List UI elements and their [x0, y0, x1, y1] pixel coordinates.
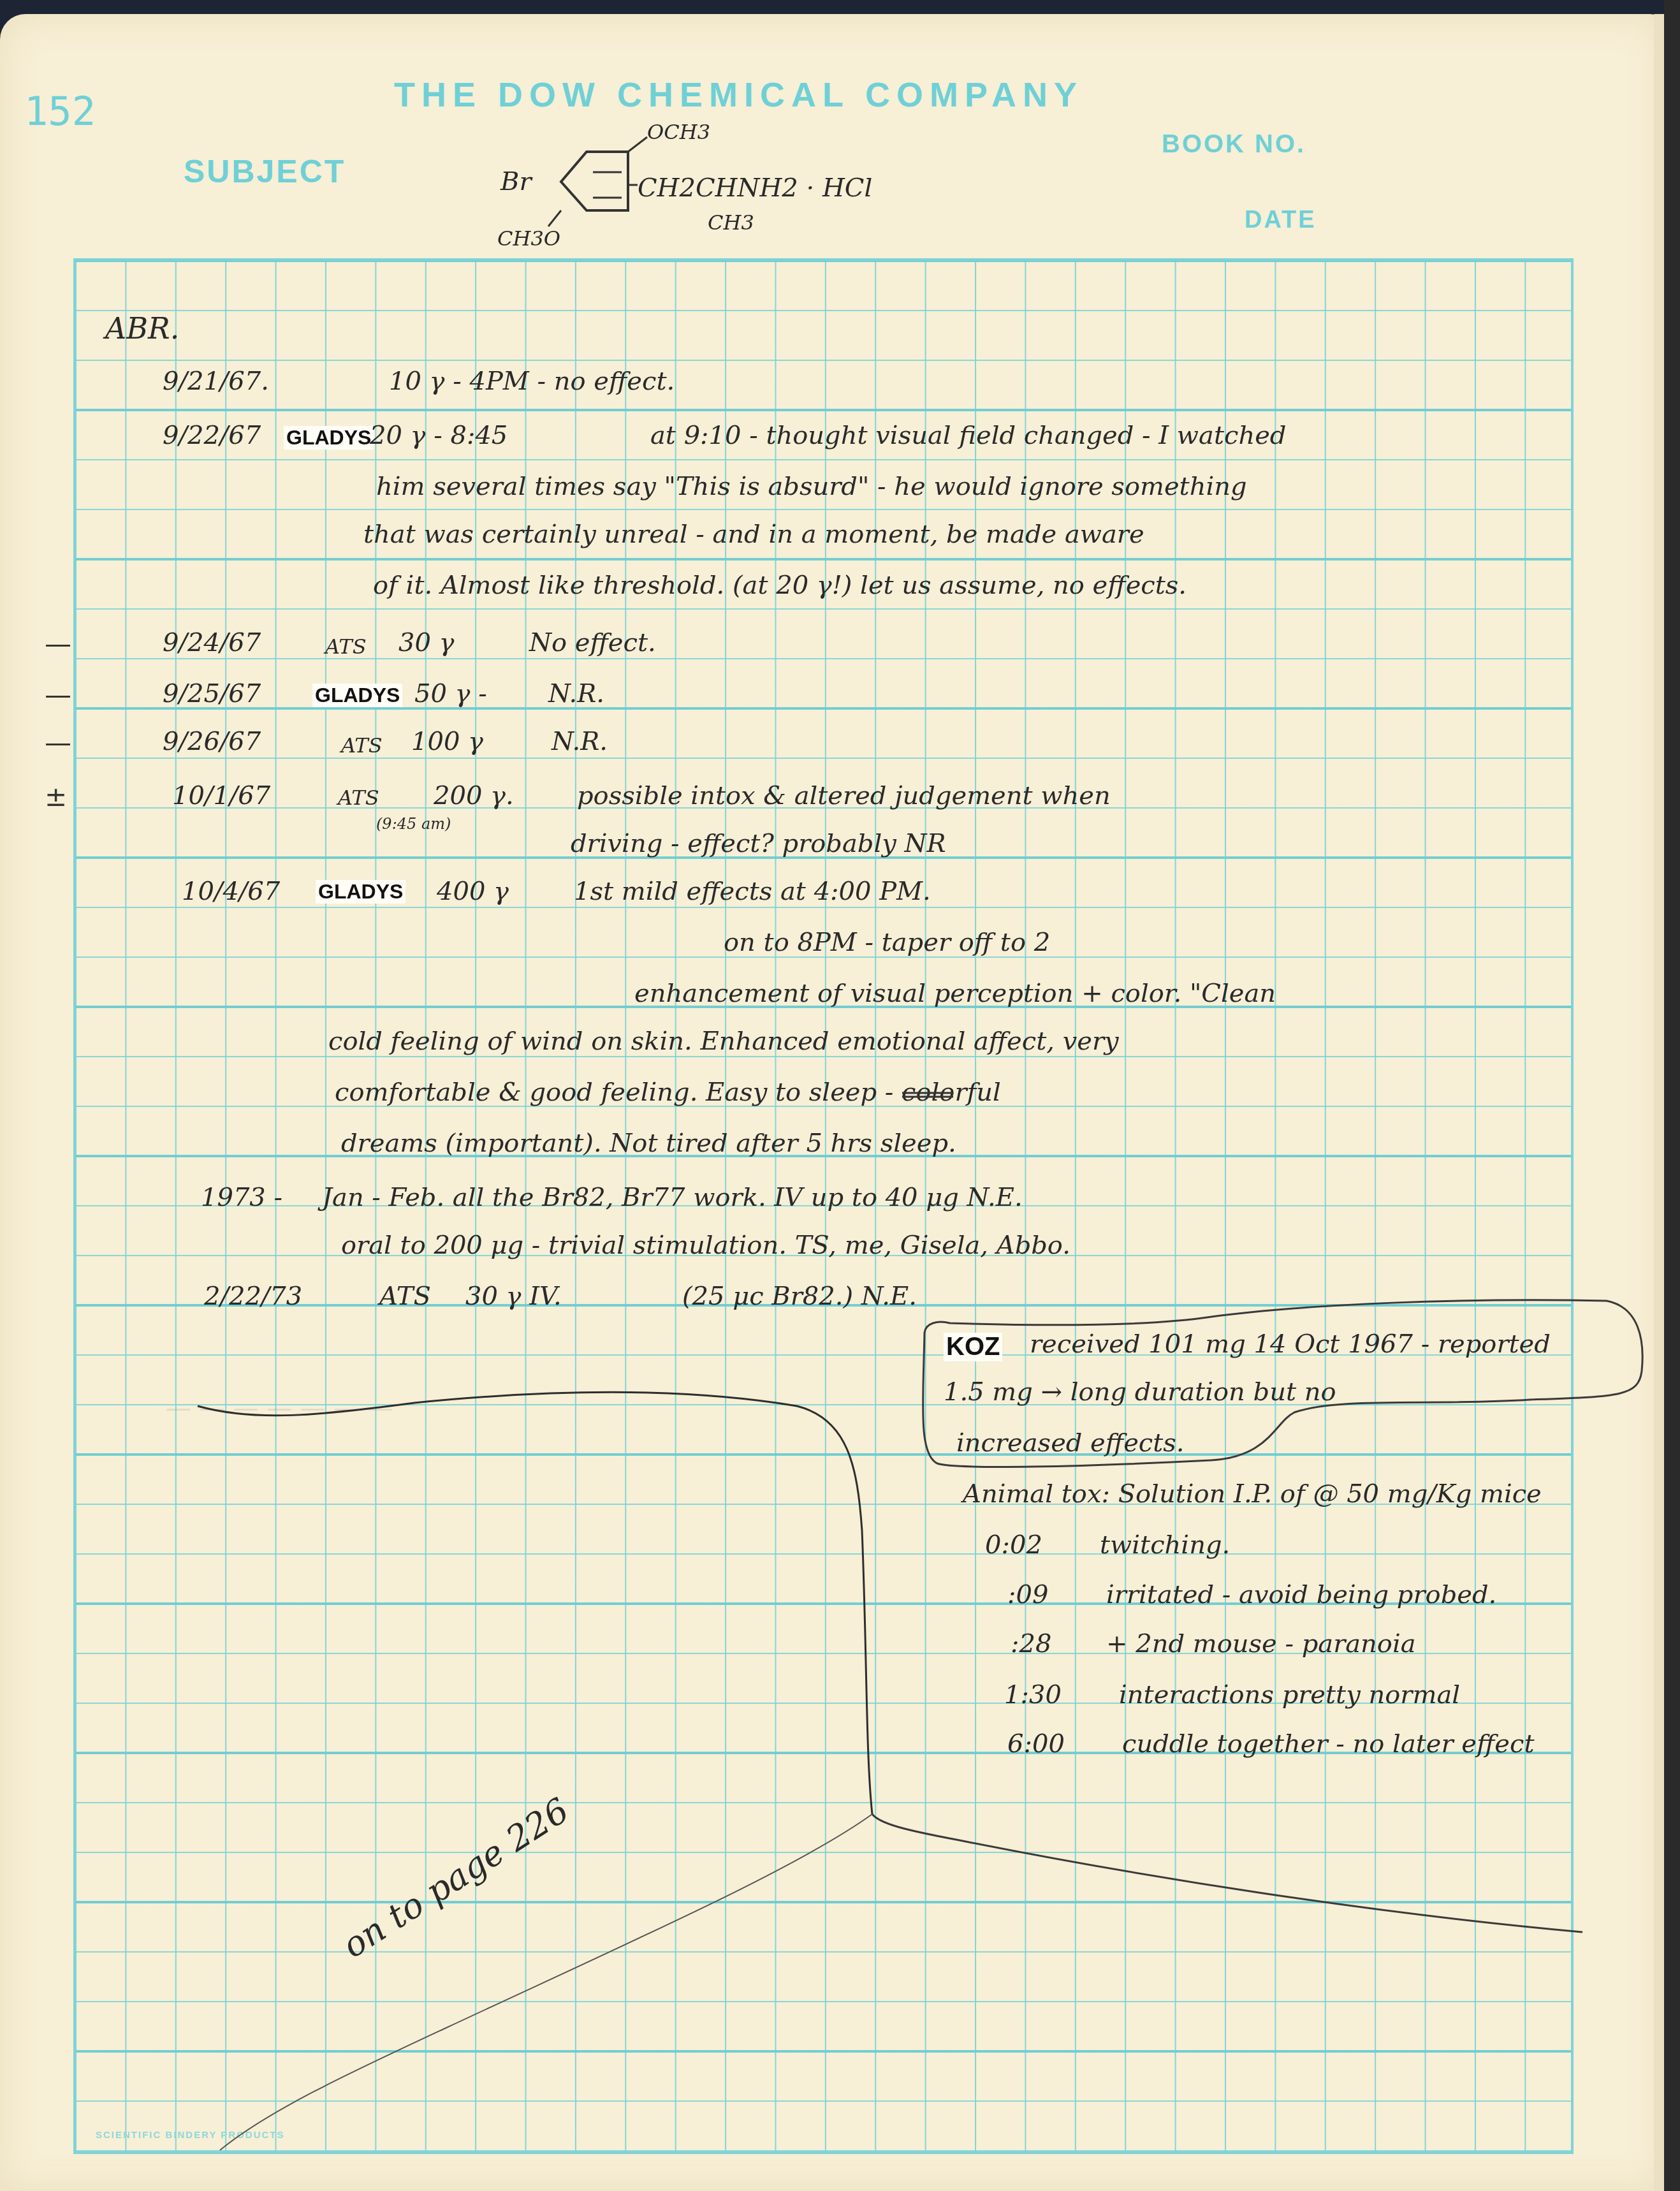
- pen-strokes: [0, 0, 1680, 2191]
